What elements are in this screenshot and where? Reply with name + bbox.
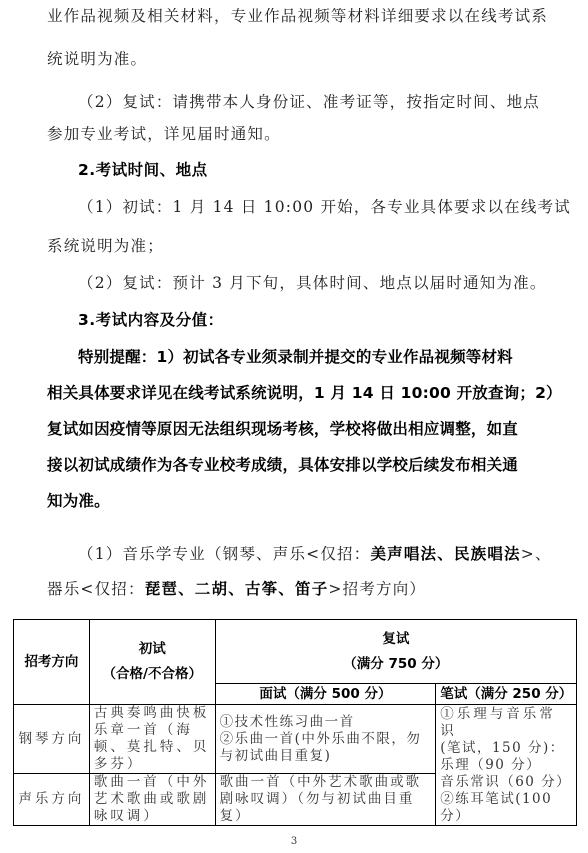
paragraph-text: 业作品视频及相关材料，专业作品视频等材料详细要求以在线考试系	[0, 6, 588, 26]
cell-initial: 古典奏鸣曲快板乐章一首（海顿、莫扎特、贝多芬）	[89, 705, 215, 774]
header-initial-title: 初试	[94, 641, 211, 658]
cell-written: ①乐理与音乐常识 (笔试，150 分)： 乐理（90 分） 音乐常识（60 分）…	[436, 705, 577, 826]
header-written: 笔试（满分 250 分）	[436, 684, 577, 705]
written-line: ②练耳笔试(100 分）	[440, 791, 572, 825]
written-line: 音乐常识（60 分）	[440, 774, 572, 791]
cell-initial: 歌曲一首（中外艺术歌曲或歌剧咏叹调）	[89, 774, 215, 826]
paragraph-text: （2）复试：预计 3 月下旬，具体时间、地点以届时通知为准。	[0, 273, 588, 293]
interview-item: ①技术性练习曲一首	[220, 714, 432, 731]
cell-direction: 声乐方向	[14, 774, 90, 826]
header-retest-sub: （满分 750 分）	[220, 656, 572, 673]
page-number: 3	[0, 836, 588, 847]
text-segment: （1）音乐学专业（钢琴、声乐<仅招：	[78, 545, 370, 563]
text-segment: >招考方向）	[328, 580, 426, 598]
header-retest: 复试 （满分 750 分）	[215, 620, 576, 684]
music-major-text: 器乐<仅招：琵琶、二胡、古筝、笛子>招考方向）	[0, 579, 588, 599]
paragraph-text: 系统说明为准；	[0, 236, 588, 256]
paragraph-text: 统说明为准。	[0, 49, 588, 69]
cell-direction: 钢琴方向	[14, 705, 90, 774]
notice-text: 相关具体要求详见在线考试系统说明，1 月 14 日 10:00 开放查询；2）	[0, 383, 588, 403]
header-initial: 初试 （合格/不合格）	[89, 620, 215, 705]
notice-text: 接以初试成绩作为各专业校考成绩，具体安排以学校后续发布相关通	[0, 455, 588, 475]
header-interview: 面试（满分 500 分）	[215, 684, 436, 705]
written-line: (笔试，150 分)：	[440, 740, 572, 757]
paragraph-text: （1）初试：1 月 14 日 10:00 开始，各专业具体要求以在线考试	[0, 197, 588, 217]
text-segment: >、	[521, 545, 552, 563]
paragraph-text: 参加专业考试，详见届时通知。	[0, 124, 588, 144]
notice-text: 特别提醒：1）初试各专业须录制并提交的专业作品视频等材料	[0, 347, 588, 367]
section-heading-time-location: 2.考试时间、地点	[0, 160, 588, 180]
header-retest-title: 复试	[220, 631, 572, 648]
notice-text: 复试如因疫情等原因无法组织现场考核，学校将做出相应调整，如直	[0, 419, 588, 439]
section-heading-content-scores: 3.考试内容及分值：	[0, 310, 588, 330]
cell-interview: 歌曲一首（中外艺术歌曲或歌剧咏叹调）（勿与初试曲目重复）	[215, 774, 436, 826]
text-segment-bold: 琵琶、二胡、古筝、笛子	[145, 580, 329, 598]
text-segment: 器乐<仅招：	[47, 580, 145, 598]
written-line: 乐理（90 分）	[440, 757, 572, 774]
interview-item: ②乐曲一首(中外乐曲不限，勿与初试曲目重复)	[220, 731, 432, 765]
cell-interview: ①技术性练习曲一首 ②乐曲一首(中外乐曲不限，勿与初试曲目重复)	[215, 705, 436, 774]
text-segment-bold: 美声唱法、民族唱法	[370, 545, 520, 563]
header-initial-sub: （合格/不合格）	[94, 666, 211, 683]
notice-text: 知为准。	[0, 491, 588, 511]
score-table: 招考方向 初试 （合格/不合格） 复试 （满分 750 分） 面试（满分 500…	[13, 619, 577, 826]
paragraph-text: （2）复试：请携带本人身份证、准考证等，按指定时间、地点	[0, 92, 588, 112]
music-major-text: （1）音乐学专业（钢琴、声乐<仅招：美声唱法、民族唱法>、	[0, 544, 588, 564]
written-line: ①乐理与音乐常识	[440, 706, 572, 740]
header-direction: 招考方向	[14, 620, 90, 705]
